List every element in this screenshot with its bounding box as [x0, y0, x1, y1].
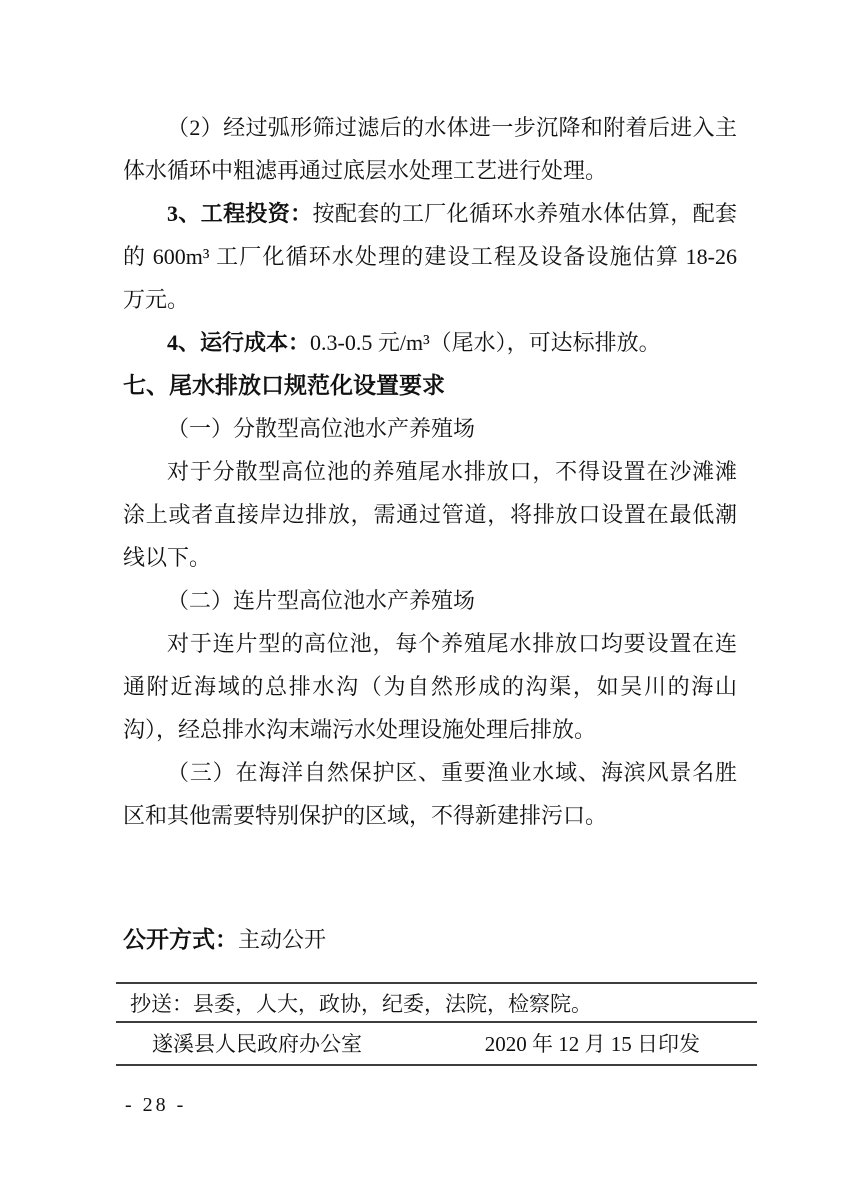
- paragraph-project-investment: 3、工程投资：按配套的工厂化循环水养殖水体估算，配套的 600m³ 工厂化循环水…: [123, 192, 737, 321]
- section-seven-heading: 七、尾水排放口规范化设置要求: [123, 364, 737, 407]
- footer-rule-bottom: [116, 1064, 757, 1066]
- paragraph-arc-screen-filter: （2）经过弧形筛过滤后的水体进一步沉降和附着后进入主体水循环中粗滤再通过底层水处…: [123, 106, 737, 192]
- subsection-one-text: 对于分散型高位池的养殖尾水排放口，不得设置在沙滩滩涂上或者直接岸边排放，需通过管…: [123, 450, 737, 579]
- subsection-two-text: 对于连片型的高位池，每个养殖尾水排放口均要设置在连通附近海域的总排水沟（为自然形…: [123, 622, 737, 751]
- publicity-value: 主动公开: [238, 927, 326, 952]
- cost-label: 4、运行成本：: [167, 330, 310, 355]
- subsection-one-heading: （一）分散型高位池水产养殖场: [123, 407, 737, 450]
- print-date: 2020 年 12 月 15 日印发: [485, 1029, 700, 1059]
- publicity-line: 公开方式：主动公开: [123, 922, 326, 957]
- paragraph-operating-cost: 4、运行成本：0.3-0.5 元/m³（尾水），可达标排放。: [123, 321, 737, 364]
- publicity-label: 公开方式：: [123, 926, 238, 952]
- footer-rule-middle: [116, 1021, 757, 1023]
- document-page: （2）经过弧形筛过滤后的水体进一步沉降和附着后进入主体水循环中粗滤再通过底层水处…: [0, 0, 850, 1201]
- page-number: - 28 -: [125, 1093, 186, 1117]
- issuer-office: 遂溪县人民政府办公室: [152, 1029, 362, 1059]
- investment-label: 3、工程投资：: [167, 201, 313, 226]
- footer-rule-top: [116, 982, 757, 984]
- cc-row: 抄送：县委，人大，政协，纪委，法院，检察院。: [116, 989, 757, 1019]
- subsection-three-text: （三）在海洋自然保护区、重要渔业水域、海滨风景名胜区和其他需要特别保护的区域，不…: [123, 751, 737, 837]
- subsection-two-heading: （二）连片型高位池水产养殖场: [123, 579, 737, 622]
- document-body: （2）经过弧形筛过滤后的水体进一步沉降和附着后进入主体水循环中粗滤再通过底层水处…: [123, 106, 737, 837]
- cost-text: 0.3-0.5 元/m³（尾水），可达标排放。: [310, 330, 661, 355]
